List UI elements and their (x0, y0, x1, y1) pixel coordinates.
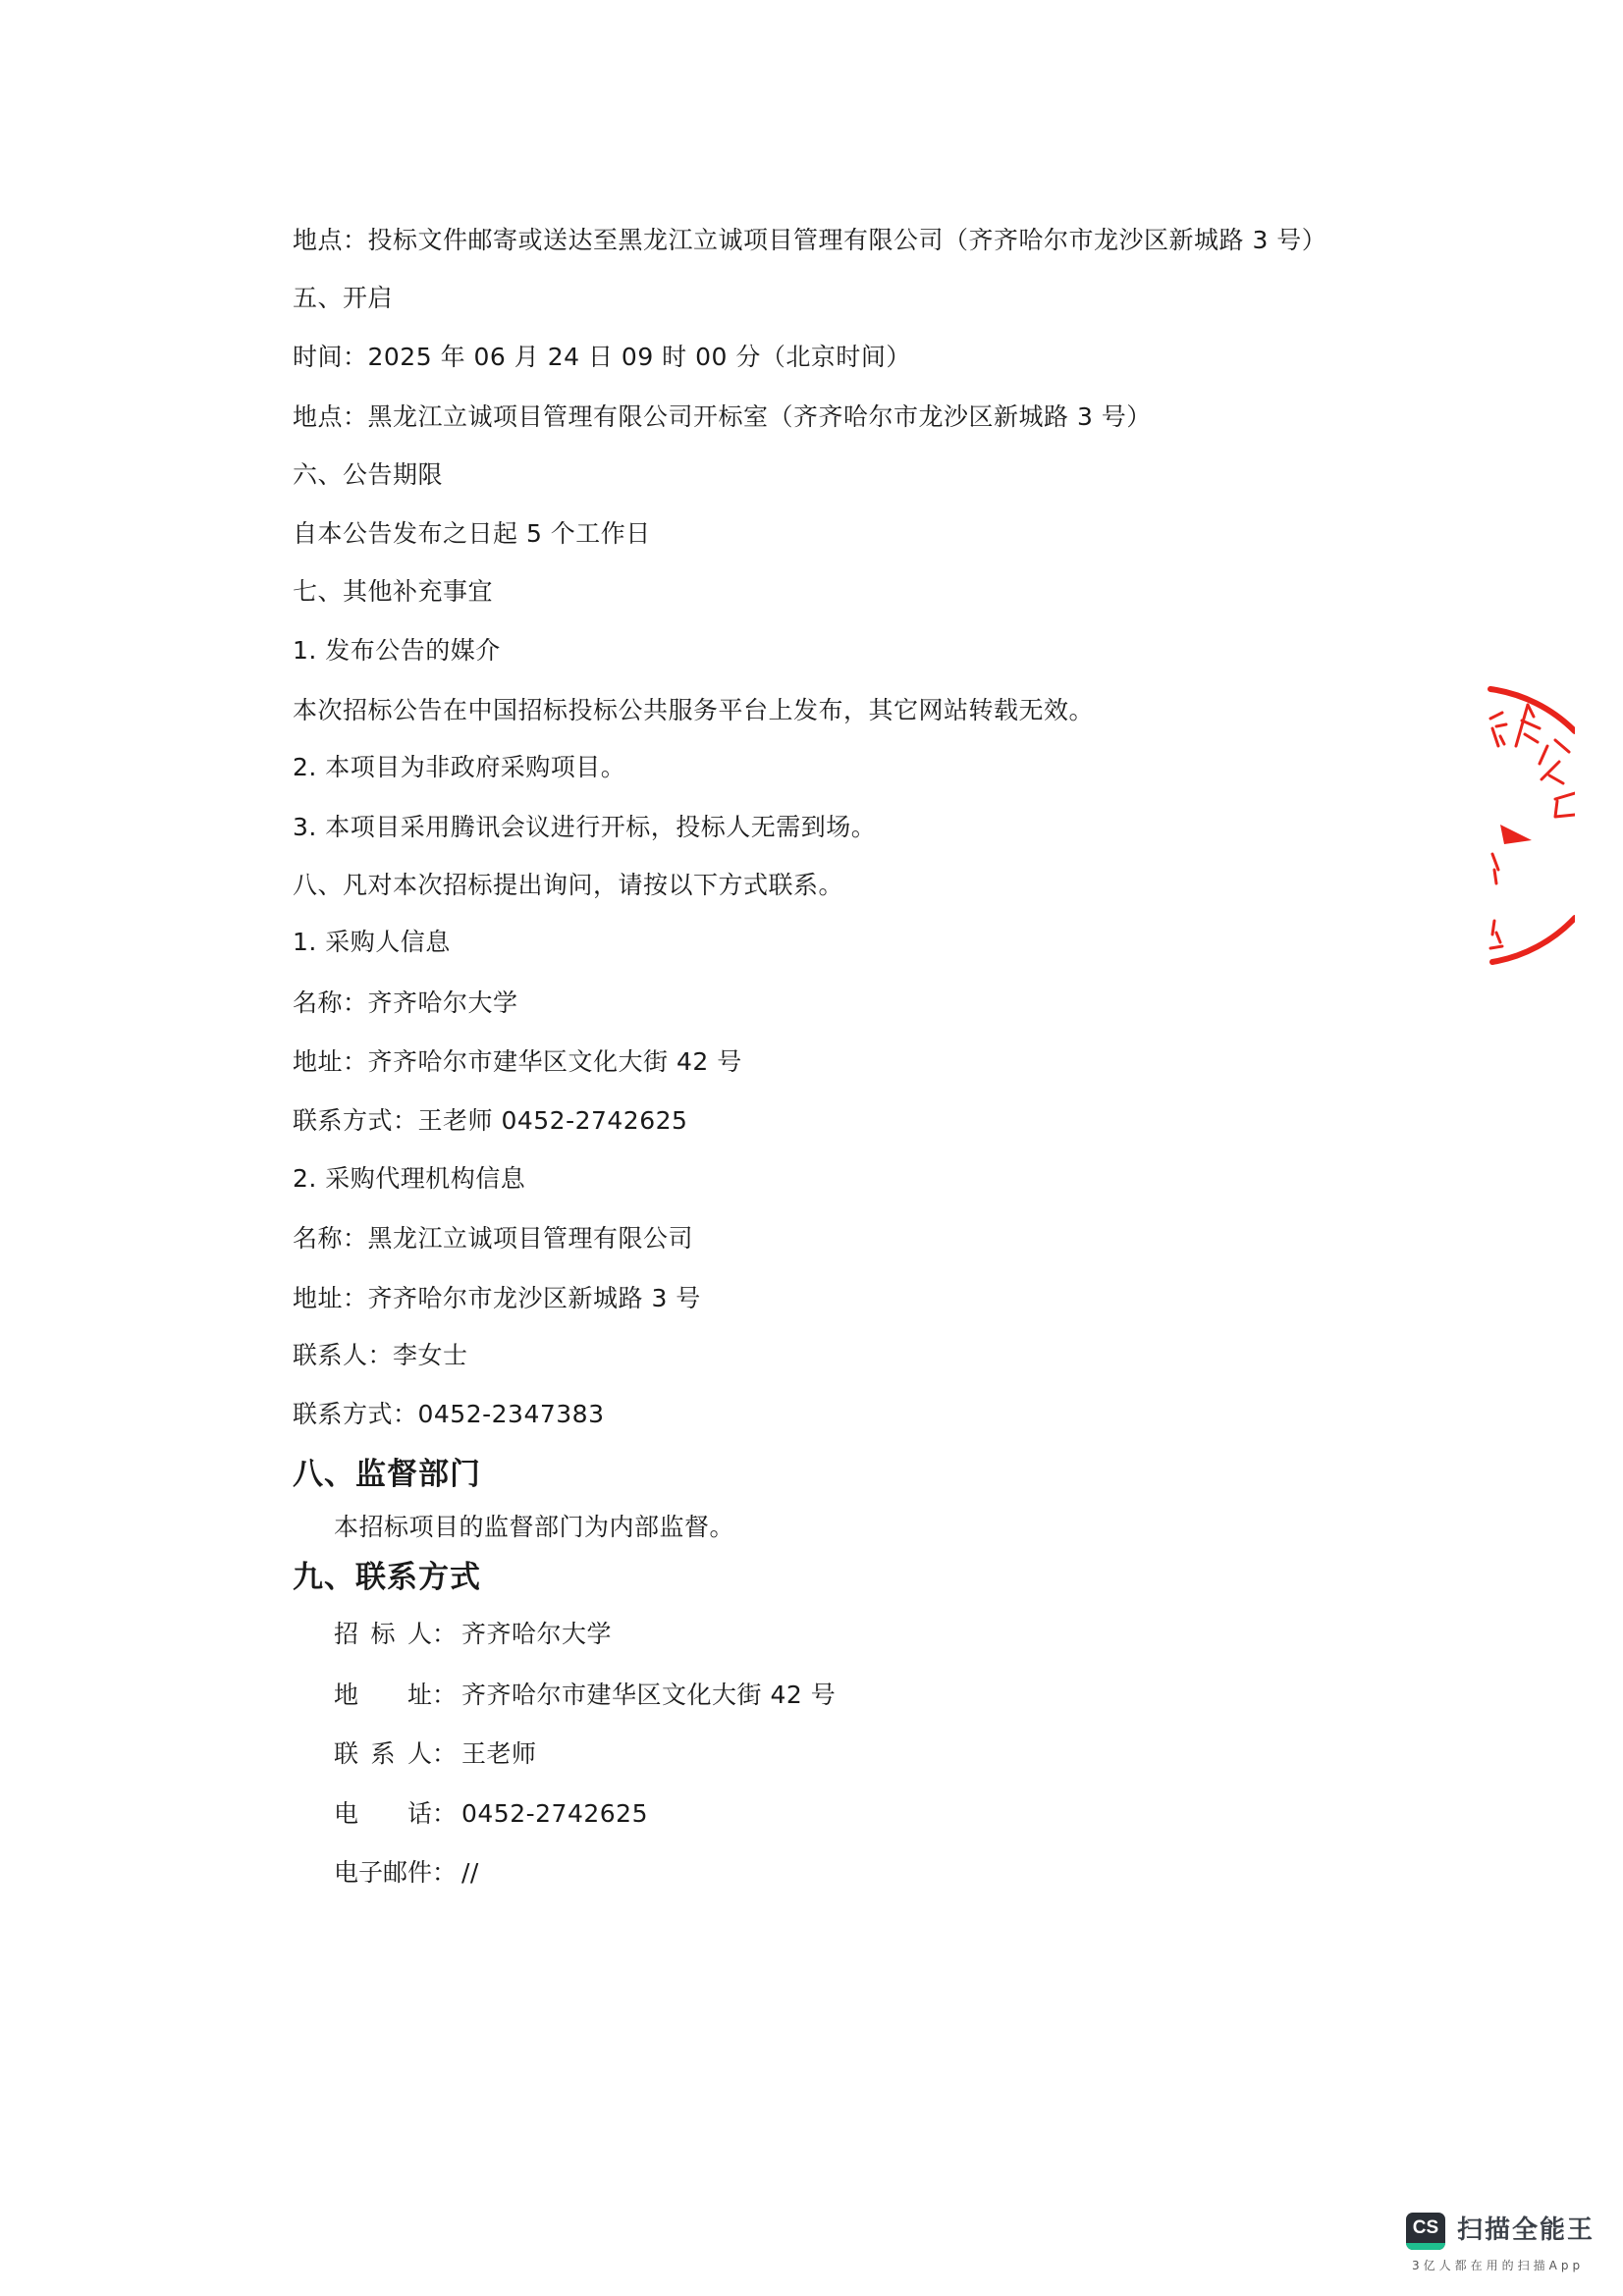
company-seal-stamp (1432, 677, 1575, 972)
contact-row-person: 联系人：王老师 (334, 1737, 537, 1771)
subheading-agency-info: 2. 采购代理机构信息 (293, 1162, 525, 1196)
purchaser-contact: 联系方式：王老师 0452-2742625 (293, 1104, 687, 1138)
subheading-purchaser-info: 1. 采购人信息 (293, 926, 451, 959)
contact-row-email: 电子邮件：// (334, 1856, 479, 1890)
contact-value: 齐齐哈尔大学 (461, 1620, 612, 1648)
section-heading-other-matters: 七、其他补充事宜 (293, 575, 493, 609)
contact-row-phone: 电话：0452-2742625 (334, 1797, 648, 1831)
agency-address: 地址：齐齐哈尔市龙沙区新城路 3 号 (293, 1282, 701, 1315)
contact-value: 0452-2742625 (461, 1799, 648, 1828)
supervision-text: 本招标项目的监督部门为内部监督。 (334, 1511, 734, 1544)
contact-label: 联系人 (334, 1737, 432, 1771)
notice-period-text: 自本公告发布之日起 5 个工作日 (293, 517, 651, 551)
watermark-title: 扫描全能王 (1457, 2213, 1595, 2248)
section-heading-contact: 九、联系方式 (293, 1558, 481, 1597)
opening-time: 时间：2025 年 06 月 24 日 09 时 00 分（北京时间） (293, 341, 911, 374)
media-text: 本次招标公告在中国招标投标公共服务平台上发布，其它网站转载无效。 (293, 694, 1094, 727)
contact-label: 招标人 (334, 1618, 432, 1651)
section-heading-opening: 五、开启 (293, 282, 393, 315)
agency-phone: 联系方式：0452-2347383 (293, 1398, 605, 1431)
camscanner-logo-icon: CS (1406, 2213, 1445, 2250)
contact-label: 地址 (334, 1679, 432, 1712)
contact-label: 电话 (334, 1797, 432, 1831)
contact-label: 电子邮件 (334, 1856, 432, 1890)
contact-value: 王老师 (461, 1739, 537, 1768)
watermark-subtitle: 3亿人都在用的扫描App (1412, 2258, 1584, 2273)
section-heading-supervision: 八、监督部门 (293, 1455, 481, 1494)
agency-contact-person: 联系人：李女士 (293, 1339, 468, 1372)
contact-value: 齐齐哈尔市建华区文化大街 42 号 (461, 1681, 836, 1709)
seal-icon (1432, 677, 1575, 972)
purchaser-address: 地址：齐齐哈尔市建华区文化大街 42 号 (293, 1045, 742, 1079)
non-government-note: 2. 本项目为非政府采购项目。 (293, 751, 625, 784)
opening-location: 地点：黑龙江立诚项目管理有限公司开标室（齐齐哈尔市龙沙区新城路 3 号） (293, 400, 1152, 434)
agency-name: 名称：黑龙江立诚项目管理有限公司 (293, 1222, 693, 1255)
bid-submission-location: 地点：投标文件邮寄或送达至黑龙江立诚项目管理有限公司（齐齐哈尔市龙沙区新城路 3… (293, 224, 1326, 257)
contact-value: // (461, 1858, 479, 1887)
tencent-meeting-note: 3. 本项目采用腾讯会议进行开标，投标人无需到场。 (293, 811, 876, 844)
section-heading-notice-period: 六、公告期限 (293, 458, 443, 492)
section-heading-inquiries: 八、凡对本次招标提出询问，请按以下方式联系。 (293, 869, 843, 902)
contact-row-tenderer: 招标人：齐齐哈尔大学 (334, 1618, 612, 1651)
purchaser-name: 名称：齐齐哈尔大学 (293, 987, 518, 1020)
contact-row-address: 地址：齐齐哈尔市建华区文化大街 42 号 (334, 1679, 836, 1712)
subheading-media: 1. 发布公告的媒介 (293, 634, 501, 667)
scanner-app-watermark: CS 扫描全能王 3亿人都在用的扫描App (1406, 2213, 1617, 2291)
